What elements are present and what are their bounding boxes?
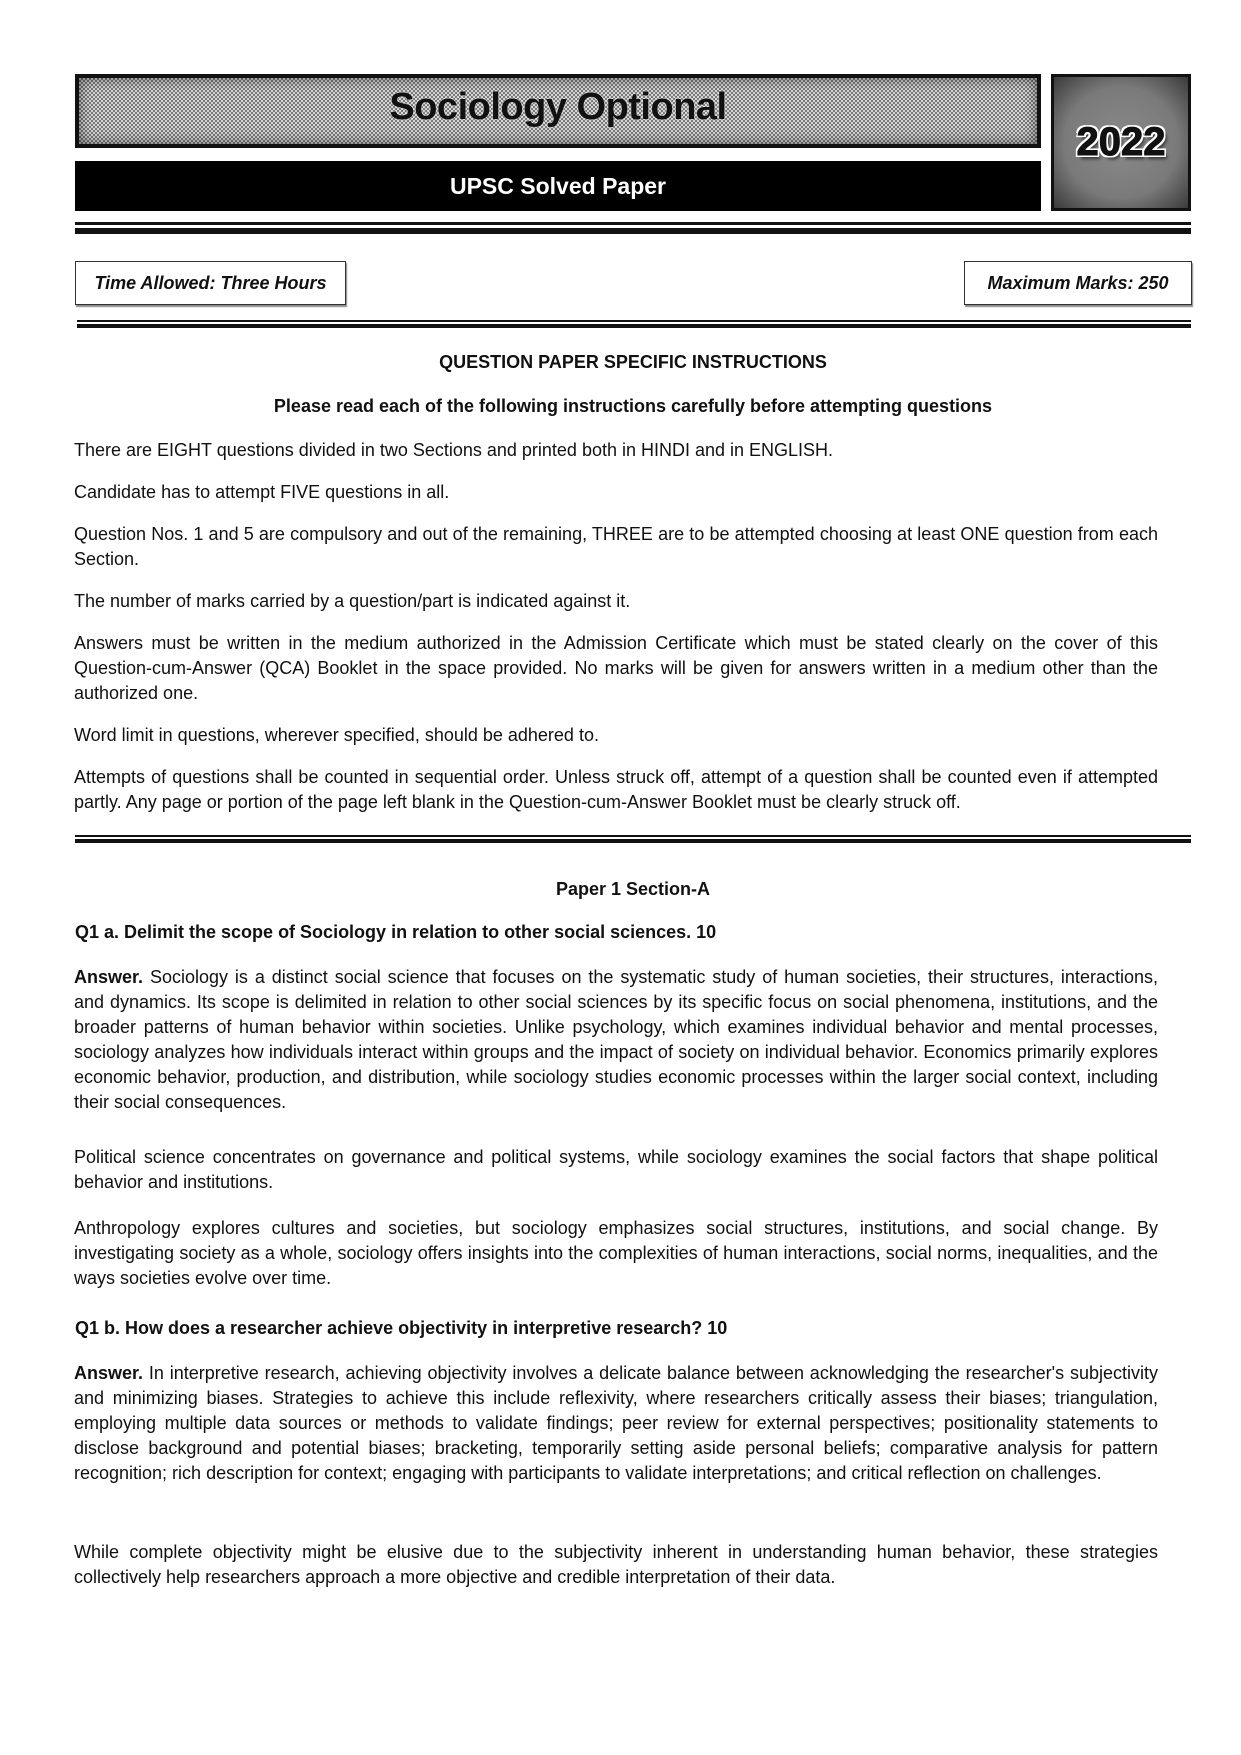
answer-label: Answer. — [74, 967, 143, 987]
document-title: Sociology Optional — [389, 86, 726, 129]
instruction-item: There are EIGHT questions divided in two… — [74, 438, 1158, 463]
instructions-subheading: Please read each of the following instru… — [75, 396, 1191, 417]
year-label: 2022 — [1077, 120, 1166, 165]
instruction-item: Answers must be written in the medium au… — [74, 631, 1158, 706]
answer-text: In interpretive research, achieving obje… — [74, 1363, 1158, 1483]
time-allowed-box: Time Allowed: Three Hours — [75, 261, 346, 305]
instruction-item: Question Nos. 1 and 5 are compulsory and… — [74, 522, 1158, 572]
document-subtitle: UPSC Solved Paper — [450, 173, 666, 200]
instruction-item: Word limit in questions, wherever specif… — [74, 723, 1158, 748]
meta-divider — [77, 320, 1191, 328]
answer-paragraph: While complete objectivity might be elus… — [74, 1540, 1158, 1590]
title-banner: Sociology Optional — [75, 74, 1041, 148]
instructions-divider — [75, 835, 1191, 843]
header-divider — [75, 222, 1191, 234]
instruction-item: The number of marks carried by a questio… — [74, 589, 1158, 614]
maximum-marks: Maximum Marks: 250 — [987, 273, 1168, 294]
instruction-item: Candidate has to attempt FIVE questions … — [74, 480, 1158, 505]
answer-paragraph: Answer. In interpretive research, achiev… — [74, 1361, 1158, 1486]
section-heading: Paper 1 Section-A — [75, 879, 1191, 900]
answer-label: Answer. — [74, 1363, 143, 1383]
answer-paragraph: Answer. Sociology is a distinct social s… — [74, 965, 1158, 1115]
question-heading: Q1 a. Delimit the scope of Sociology in … — [75, 922, 716, 943]
answer-paragraph: Anthropology explores cultures and socie… — [74, 1216, 1158, 1291]
question-heading: Q1 b. How does a researcher achieve obje… — [75, 1318, 727, 1339]
instructions-heading: QUESTION PAPER SPECIFIC INSTRUCTIONS — [75, 352, 1191, 373]
time-allowed: Time Allowed: Three Hours — [94, 273, 326, 294]
document-page: Sociology Optional UPSC Solved Paper 202… — [0, 0, 1241, 1755]
answer-text: Sociology is a distinct social science t… — [74, 967, 1158, 1112]
maximum-marks-box: Maximum Marks: 250 — [964, 261, 1192, 305]
answer-paragraph: Political science concentrates on govern… — [74, 1145, 1158, 1195]
year-badge: 2022 — [1051, 74, 1191, 211]
instruction-item: Attempts of questions shall be counted i… — [74, 765, 1158, 815]
subtitle-banner: UPSC Solved Paper — [75, 161, 1041, 211]
